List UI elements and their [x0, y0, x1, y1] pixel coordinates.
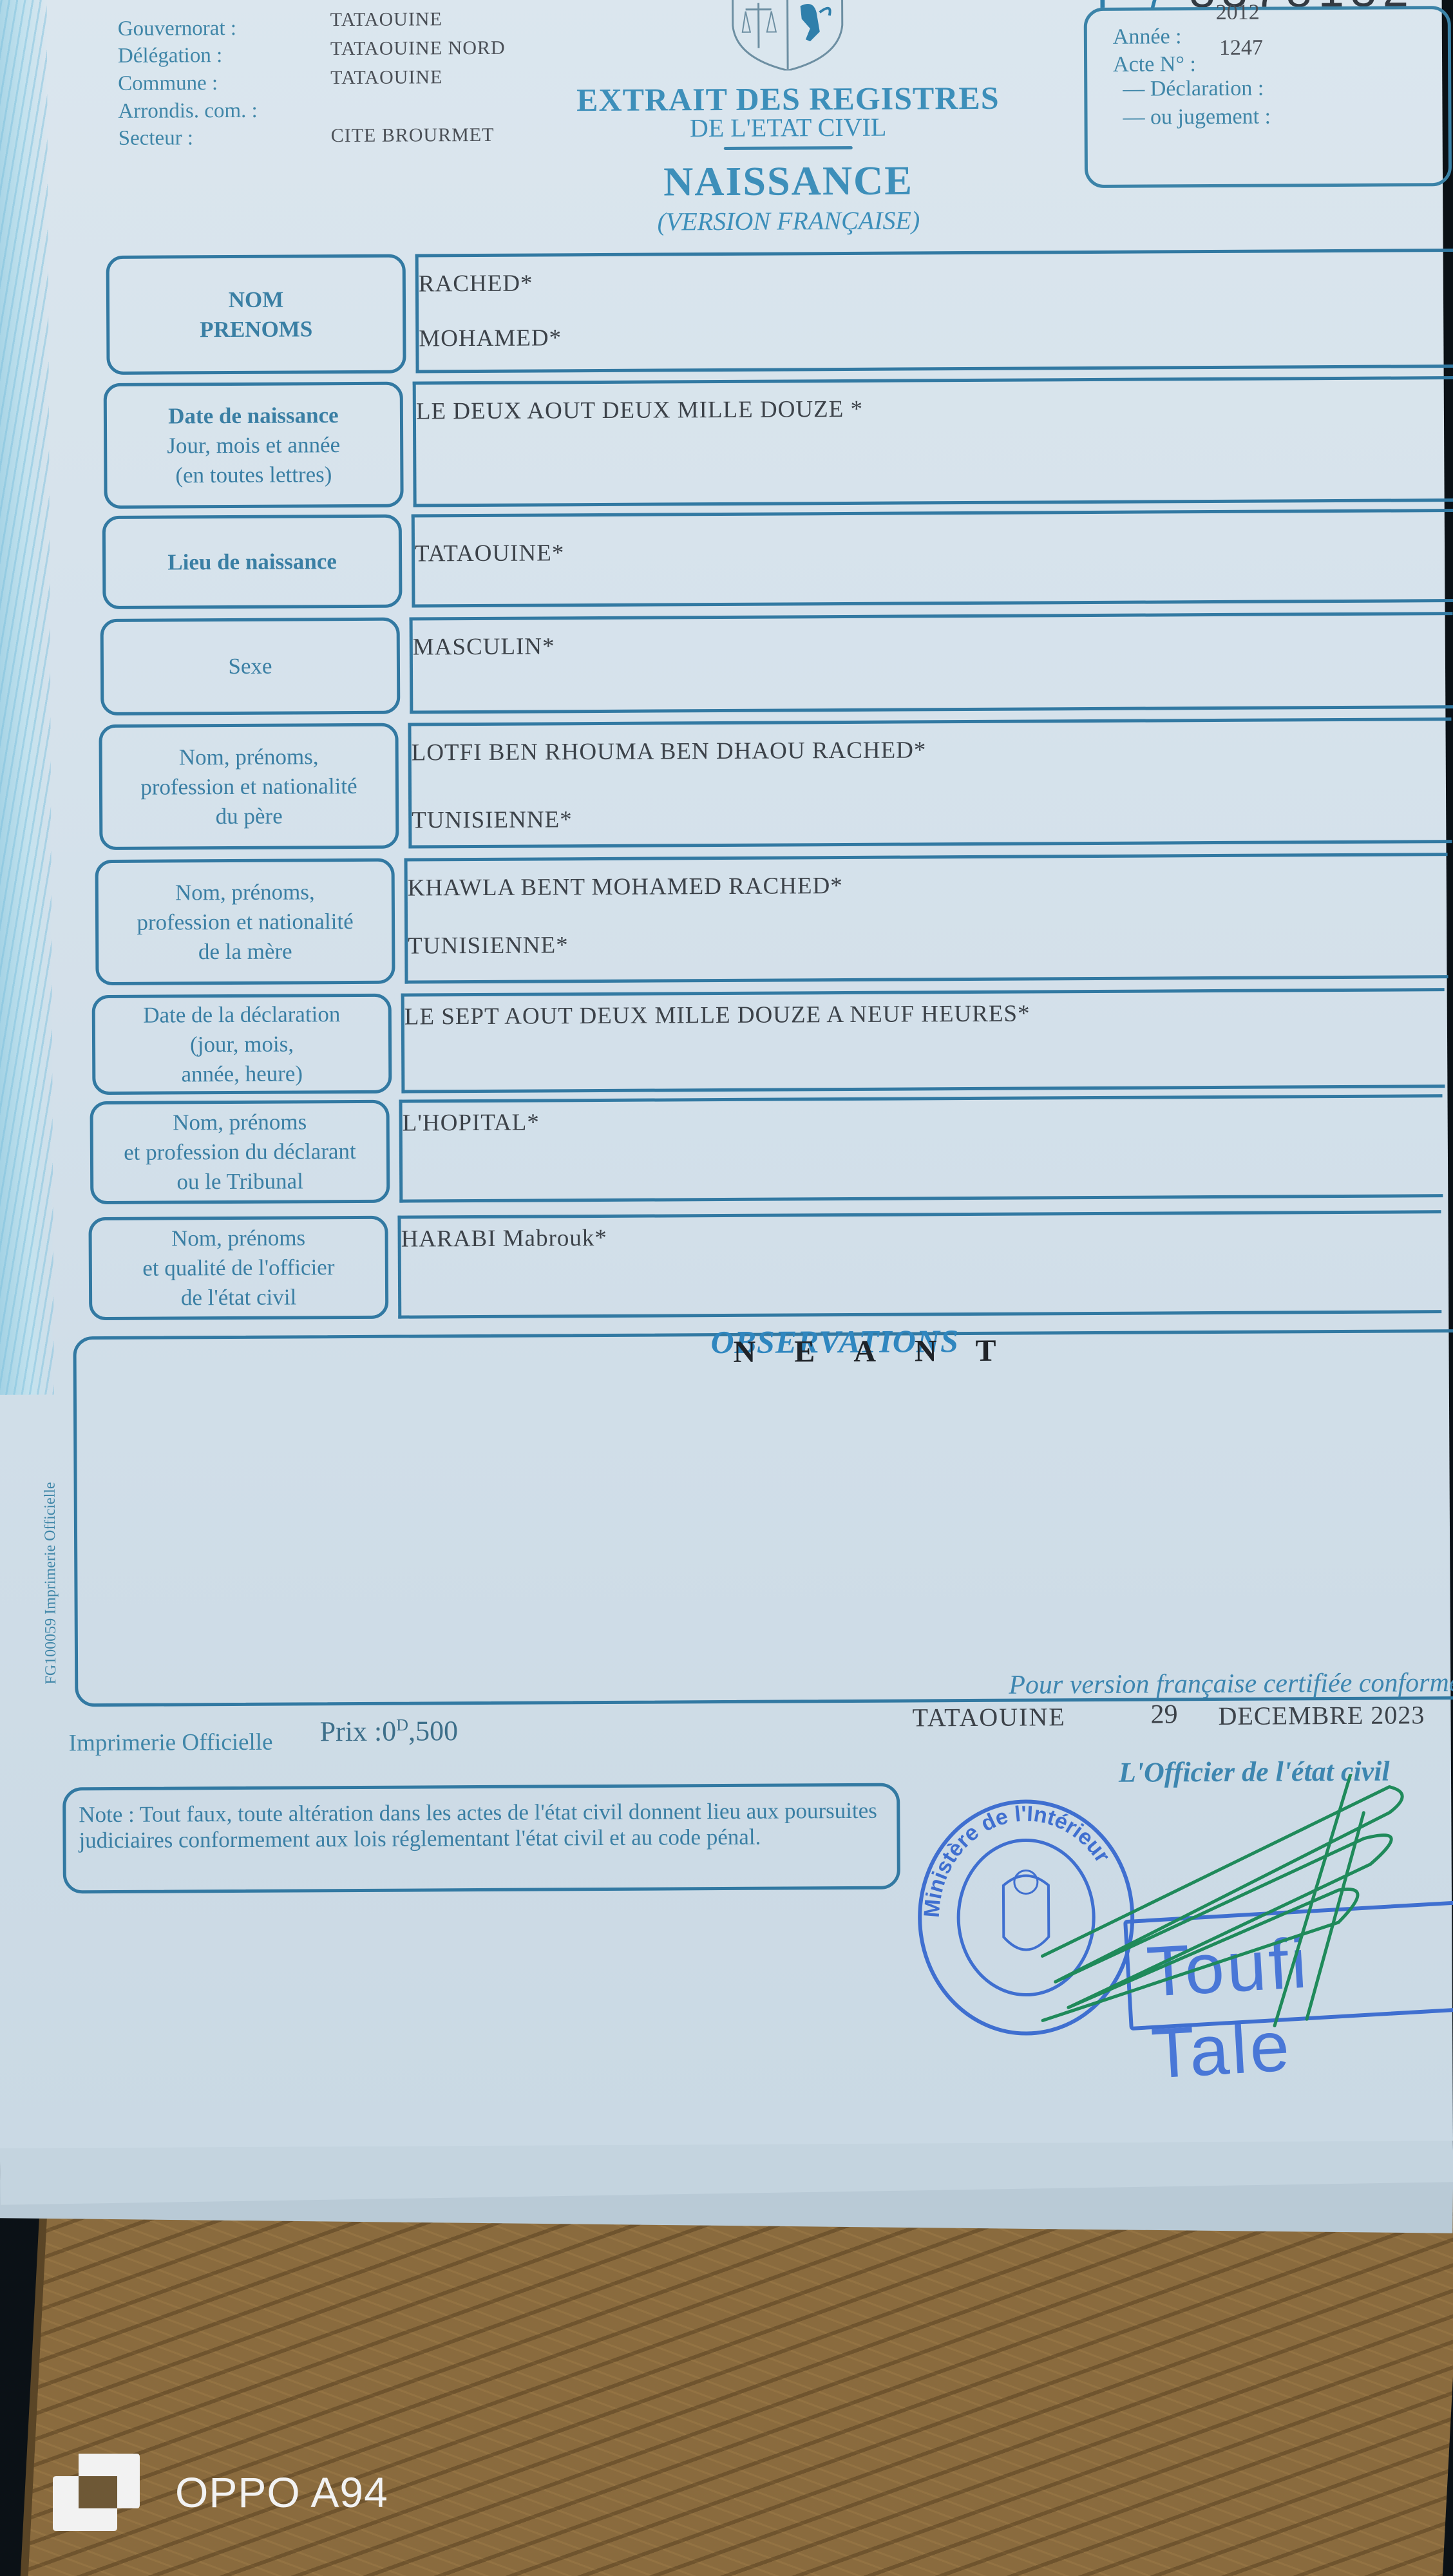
form-field-value-box: RACHED*MOHAMED*: [415, 249, 1453, 373]
form-field-label-line: Nom, prénoms: [171, 1223, 305, 1253]
field-label-commune: Commune :: [118, 70, 218, 97]
field-label-secteur: Secteur :: [119, 125, 194, 151]
document-title-line2: DE L'ETAT CIVIL: [549, 111, 1026, 144]
form-field-value-box: KHAWLA BENT MOHAMED RACHED*TUNISIENNE*: [404, 853, 1448, 983]
form-row: Nom, prénoms,profession et nationalitédu…: [99, 717, 1452, 850]
form-field-label-line: profession et nationalité: [140, 771, 357, 802]
document-title-naissance: NAISSANCE: [550, 156, 1027, 207]
form-field-value: TUNISIENNE*: [412, 806, 573, 834]
form-field-value: MASCULIN*: [413, 632, 555, 661]
form-field-label: Sexe: [100, 618, 401, 715]
field-value-secteur: CITE BROURMET: [331, 122, 495, 149]
form-field-label-line: de l'état civil: [181, 1282, 297, 1312]
form-field-label-line: année, heure): [181, 1059, 303, 1089]
form-field-value-box: LOTFI BEN RHOUMA BEN DHAOU RACHED*TUNISI…: [408, 717, 1452, 848]
form-field-label-line: Sexe: [228, 652, 272, 681]
guilloche-border-pattern: [0, 0, 54, 1395]
form-field-label-line: ou le Tribunal: [176, 1166, 303, 1197]
annee-value: 2012: [1216, 1, 1260, 25]
form-field-label: Lieu de naissance: [102, 515, 403, 609]
form-row: Nom, prénomset qualité de l'officierde l…: [88, 1210, 1441, 1320]
form-field-label: Nom, prénomset qualité de l'officierde l…: [88, 1216, 388, 1320]
form-field-value: LOTFI BEN RHOUMA BEN DHAOU RACHED*: [412, 736, 927, 766]
legal-note-box: Note : Tout faux, toute altération dans …: [62, 1783, 900, 1894]
form-field-value: LE DEUX AOUT DEUX MILLE DOUZE *: [416, 395, 863, 426]
form-row: NOMPRENOMSRACHED*MOHAMED*: [106, 249, 1453, 375]
form-row: SexeMASCULIN*: [100, 612, 1453, 715]
form-field-value: LE SEPT AOUT DEUX MILLE DOUZE A NEUF HEU…: [404, 1000, 1030, 1031]
field-value-commune: TATAOUINE: [330, 64, 442, 91]
annee-label: Année :: [1113, 24, 1182, 50]
birth-certificate-document: Gouvernorat : TATAOUINE Délégation : TAT…: [0, 0, 1453, 2148]
signature-icon: [1029, 1774, 1453, 2033]
form-field-value: TUNISIENNE*: [408, 931, 569, 960]
form-field-value-box: LE SEPT AOUT DEUX MILLE DOUZE A NEUF HEU…: [401, 988, 1445, 1093]
form-field-value: MOHAMED*: [419, 324, 562, 352]
certification-statement: Pour version française certifiée conform…: [1009, 1667, 1453, 1701]
declaration-label: — Déclaration :: [1123, 77, 1264, 102]
field-label-delegation: Délégation :: [118, 43, 222, 69]
form-field-label: Nom, prénoms,profession et nationalitédu…: [99, 723, 399, 850]
form-field-label: Date de naissanceJour, mois et année(en …: [104, 382, 404, 509]
form-field-label-line: et profession du déclarant: [124, 1137, 356, 1168]
form-field-label-line: PRENOMS: [200, 314, 312, 345]
form-field-label: NOMPRENOMS: [106, 254, 406, 375]
field-label-arrondissement: Arrondis. com. :: [118, 98, 258, 124]
document-title-version: (VERSION FRANÇAISE): [550, 205, 1027, 238]
form-field-label-line: et qualité de l'officier: [142, 1253, 334, 1283]
form-field-label-line: Nom, prénoms: [173, 1107, 307, 1137]
form-field-label-line: de la mère: [198, 936, 292, 967]
form-field-value-box: TATAOUINE*: [412, 509, 1453, 607]
form-field-label-line: du père: [216, 801, 283, 831]
form-field-label-line: Nom, prénoms,: [175, 877, 315, 907]
form-row: Nom, prénoms,profession et nationalitéde…: [95, 853, 1448, 985]
certification-place: TATAOUINE: [912, 1701, 1065, 1732]
acte-number-label: Acte N° :: [1113, 52, 1196, 77]
form-field-label-line: Date de la déclaration: [143, 999, 340, 1030]
jugement-label: — ou jugement :: [1123, 105, 1271, 130]
form-field-value: RACHED*: [419, 270, 533, 298]
form-field-value: HARABI Mabrouk*: [401, 1224, 607, 1253]
form-field-label: Nom, prénoms,profession et nationalitéde…: [95, 858, 395, 985]
form-field-label: Nom, prénomset profession du déclarantou…: [90, 1100, 390, 1204]
camera-watermark: OPPO A94: [53, 2454, 388, 2531]
form-field-label-line: Date de naissance: [168, 401, 339, 431]
note-label: Note :: [79, 1802, 135, 1827]
form-field-label: Date de la déclaration(jour, mois,année,…: [92, 994, 392, 1095]
form-row: Nom, prénomset profession du déclarantou…: [90, 1094, 1443, 1204]
form-field-label-line: profession et nationalité: [137, 907, 354, 938]
printer-name: Imprimerie Officielle: [69, 1728, 273, 1757]
printer-reference: FG100059 Imprimerie Officielle: [42, 1482, 61, 1684]
form-field-label-line: Lieu de naissance: [167, 547, 337, 577]
field-value-gouvernorat: TATAOUINE: [330, 6, 442, 33]
form-row: Lieu de naissanceTATAOUINE*: [102, 509, 1453, 609]
tunisia-coat-of-arms-icon: [730, 0, 846, 71]
form-row: Date de la déclaration(jour, mois,année,…: [92, 988, 1445, 1095]
form-row: Date de naissanceJour, mois et année(en …: [104, 376, 1453, 509]
field-label-gouvernorat: Gouvernorat :: [118, 15, 236, 42]
form-field-value: L'HOPITAL*: [403, 1108, 540, 1137]
form-field-value-box: LE DEUX AOUT DEUX MILLE DOUZE *: [413, 376, 1453, 507]
observations-box: [73, 1329, 1453, 1707]
camera-model-text: OPPO A94: [175, 2468, 388, 2517]
form-field-value-box: L'HOPITAL*: [399, 1094, 1443, 1202]
form-field-label-line: Jour, mois et année: [167, 430, 340, 460]
note-text: Tout faux, toute altération dans les act…: [79, 1798, 877, 1853]
form-field-value-box: MASCULIN*: [410, 612, 1453, 714]
form-field-label-line: NOM: [229, 285, 284, 314]
title-divider: [724, 146, 853, 150]
price: Prix :0D,500: [320, 1714, 459, 1748]
observations-value: NEANT: [733, 1332, 1034, 1369]
certification-day: 29: [1150, 1699, 1177, 1730]
form-field-value: TATAOUINE*: [415, 539, 564, 567]
acte-number-value: 1247: [1219, 36, 1263, 61]
form-field-label-line: (jour, mois,: [190, 1029, 294, 1059]
field-value-delegation: TATAOUINE NORD: [330, 35, 506, 62]
oppo-camera-logo-icon: [53, 2454, 140, 2531]
form-field-value-box: HARABI Mabrouk*: [397, 1210, 1441, 1318]
form-field-label-line: (en toutes lettres): [175, 460, 332, 490]
certification-month-year: DECEMBRE 2023: [1218, 1700, 1425, 1731]
form-field-label-line: Nom, prénoms,: [179, 742, 319, 772]
form-field-value: KHAWLA BENT MOHAMED RACHED*: [408, 872, 843, 902]
